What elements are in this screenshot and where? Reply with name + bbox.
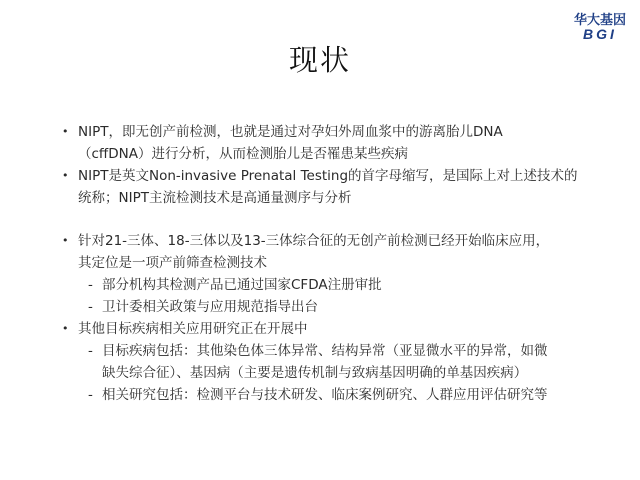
bullet-text-line: NIPT是英文Non-invasive Prenatal Testing的首字母… <box>78 165 618 187</box>
section-spacer <box>58 209 618 230</box>
slide-content: NIPT，即无创产前检测，也就是通过对孕妇外周血浆中的游离胎儿DNA （cffD… <box>58 121 618 406</box>
bullet-text-line: 其他目标疾病相关应用研究正在开展中 <box>78 318 618 340</box>
bullet-text-line: NIPT，即无创产前检测，也就是通过对孕妇外周血浆中的游离胎儿DNA <box>78 121 618 143</box>
bullet-text-line: 其定位是一项产前筛查检测技术 <box>78 252 618 274</box>
bullet-clinical-application: 针对21-三体、18-三体以及13-三体综合征的无创产前检测已经开始临床应用， … <box>58 230 618 274</box>
bgi-logo: 华大基因 BGI <box>568 14 632 41</box>
sub-bullet-text-line: 相关研究包括：检测平台与技术研发、临床案例研究、人群应用评估研究等 <box>102 384 618 406</box>
sub-bullet-text-line: 卫计委相关政策与应用规范指导出台 <box>102 296 618 318</box>
sub-bullet-related-research: 相关研究包括：检测平台与技术研发、临床案例研究、人群应用评估研究等 <box>58 384 618 406</box>
sub-bullet-target-diseases: 目标疾病包括：其他染色体三体异常、结构异常（亚显微水平的异常，如微 缺失综合征）… <box>58 340 618 384</box>
bullet-text-line: 统称；NIPT主流检测技术是高通量测序与分析 <box>78 187 618 209</box>
bullet-other-diseases: 其他目标疾病相关应用研究正在开展中 <box>58 318 618 340</box>
sub-bullet-policy: 卫计委相关政策与应用规范指导出台 <box>58 296 618 318</box>
sub-bullet-cfda-approval: 部分机构其检测产品已通过国家CFDA注册审批 <box>58 274 618 296</box>
slide-title: 现状 <box>0 38 640 79</box>
sub-bullet-text-line: 部分机构其检测产品已通过国家CFDA注册审批 <box>102 274 618 296</box>
bullet-nipt-definition: NIPT，即无创产前检测，也就是通过对孕妇外周血浆中的游离胎儿DNA （cffD… <box>58 121 618 165</box>
bullet-text-line: （cffDNA）进行分析，从而检测胎儿是否罹患某些疾病 <box>78 143 618 165</box>
bullet-nipt-abbreviation: NIPT是英文Non-invasive Prenatal Testing的首字母… <box>58 165 618 209</box>
sub-bullet-text-line: 目标疾病包括：其他染色体三体异常、结构异常（亚显微水平的异常，如微 <box>102 340 618 362</box>
bullet-text-line: 针对21-三体、18-三体以及13-三体综合征的无创产前检测已经开始临床应用， <box>78 230 618 252</box>
sub-bullet-text-line: 缺失综合征）、基因病（主要是遗传机制与致病基因明确的单基因疾病） <box>102 362 618 384</box>
